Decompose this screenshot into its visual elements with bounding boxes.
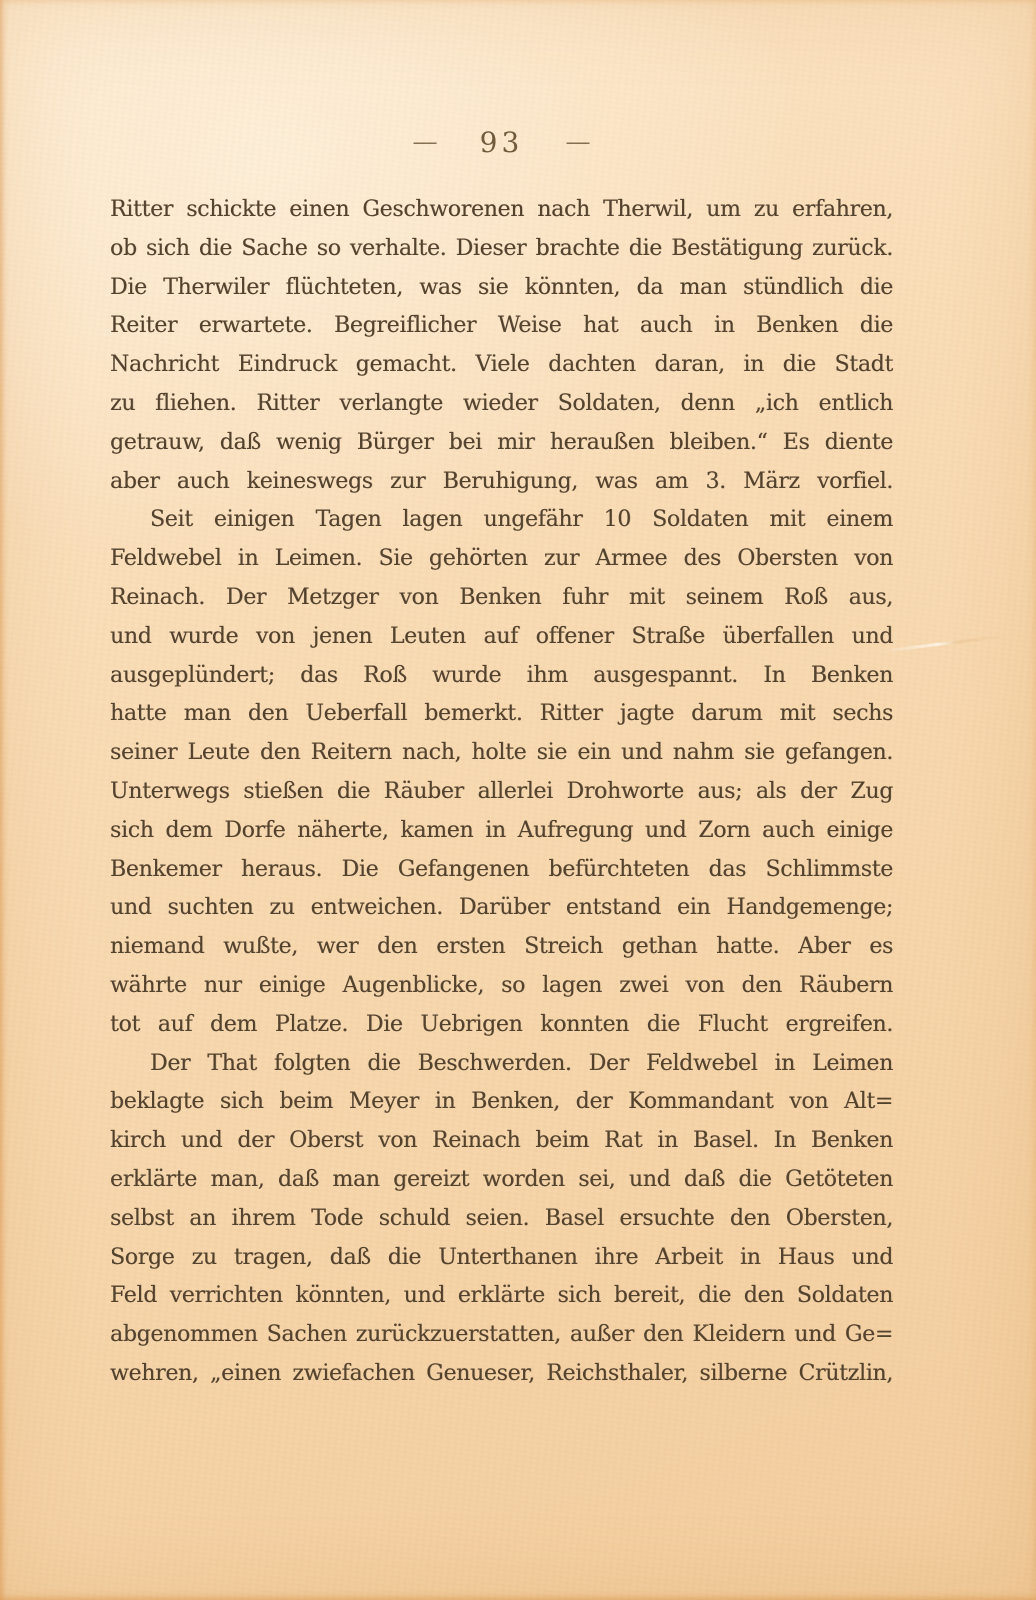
text-line: Ritter schickte einen Geschworenen nach … bbox=[110, 191, 893, 230]
text-line: seiner Leute den Reitern nach, holte sie… bbox=[110, 734, 893, 773]
text-line: zu fliehen. Ritter verlangte wieder Sold… bbox=[110, 385, 893, 424]
text-line: Feld verrichten könnten, und erklärte si… bbox=[110, 1277, 893, 1316]
page-header: — 93 — bbox=[110, 126, 893, 159]
text-line: Feldwebel in Leimen. Sie gehörten zur Ar… bbox=[110, 540, 893, 579]
text-line: getrauw, daß wenig Bürger bei mir herauß… bbox=[110, 424, 893, 463]
text-line: beklagte sich beim Meyer in Benken, der … bbox=[110, 1083, 893, 1122]
text-line: Unterwegs stießen die Räuber allerlei Dr… bbox=[110, 773, 893, 812]
page-number: 93 bbox=[480, 126, 524, 159]
text-line: Benkemer heraus. Die Gefangenen befürcht… bbox=[110, 851, 893, 890]
text-line: ob sich die Sache so verhalte. Dieser br… bbox=[110, 230, 893, 269]
text-line: und suchten zu entweichen. Darüber entst… bbox=[110, 889, 893, 928]
text-line: Nachricht Eindruck gemacht. Viele dachte… bbox=[110, 346, 893, 385]
text-line: und wurde von jenen Leuten auf offener S… bbox=[110, 618, 893, 657]
paper-crease bbox=[880, 634, 1009, 653]
text-line: Reiter erwartete. Begreiflicher Weise ha… bbox=[110, 307, 893, 346]
header-dash-right: — bbox=[566, 130, 591, 155]
header-dash-left: — bbox=[412, 130, 437, 155]
text-line: Seit einigen Tagen lagen ungefähr 10 Sol… bbox=[110, 501, 893, 540]
text-line: Sorge zu tragen, daß die Unterthanen ihr… bbox=[110, 1239, 893, 1278]
text-line: ausgeplündert; das Roß wurde ihm ausgesp… bbox=[110, 657, 893, 696]
text-line: tot auf dem Platze. Die Uebrigen konnten… bbox=[110, 1006, 893, 1045]
text-line: niemand wußte, wer den ersten Streich ge… bbox=[110, 928, 893, 967]
book-page: — 93 — Ritter schickte einen Geschworene… bbox=[0, 0, 1036, 1600]
text-line: kirch und der Oberst von Reinach beim Ra… bbox=[110, 1122, 893, 1161]
text-line: wehren, „einen zwiefachen Genueser, Reic… bbox=[110, 1355, 893, 1394]
text-block: Ritter schickte einen Geschworenen nach … bbox=[110, 191, 893, 1394]
text-line: aber auch keineswegs zur Beruhigung, was… bbox=[110, 463, 893, 502]
text-line: Die Therwiler flüchteten, was sie könnte… bbox=[110, 269, 893, 308]
text-line: sich dem Dorfe näherte, kamen in Aufregu… bbox=[110, 812, 893, 851]
text-line: Reinach. Der Metzger von Benken fuhr mit… bbox=[110, 579, 893, 618]
text-line: erklärte man, daß man gereizt worden sei… bbox=[110, 1161, 893, 1200]
text-line: selbst an ihrem Tode schuld seien. Basel… bbox=[110, 1200, 893, 1239]
text-line: hatte man den Ueberfall bemerkt. Ritter … bbox=[110, 695, 893, 734]
text-line: währte nur einige Augenblicke, so lagen … bbox=[110, 967, 893, 1006]
text-line: abgenommen Sachen zurückzuerstatten, auß… bbox=[110, 1316, 893, 1355]
text-line: Der That folgten die Beschwerden. Der Fe… bbox=[110, 1045, 893, 1084]
